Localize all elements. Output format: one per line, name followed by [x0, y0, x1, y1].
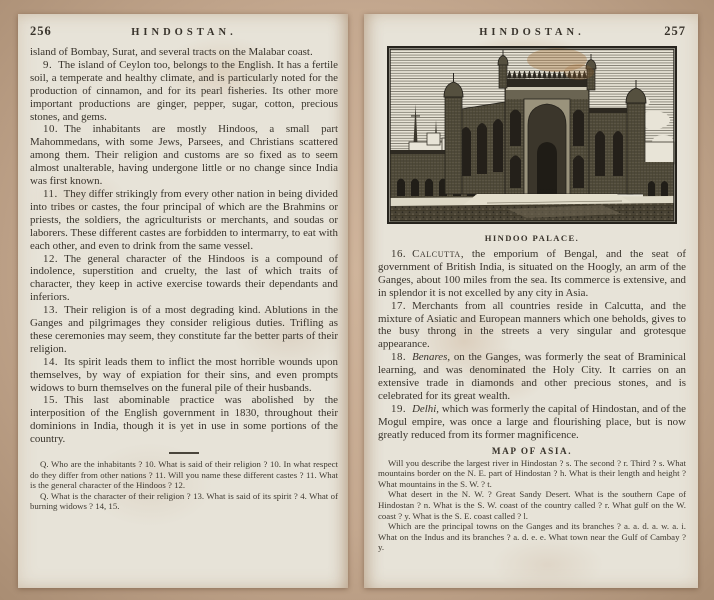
page-number-right: 257: [664, 24, 686, 39]
page-left: 256 HINDOSTAN. island of Bombay, Surat, …: [18, 14, 348, 588]
paragraph: island of Bombay, Surat, and several tra…: [30, 46, 338, 59]
paragraph-number: 15.: [43, 394, 64, 406]
paragraph-number: 14.: [43, 356, 64, 368]
paragraph-lead: Benares: [412, 351, 447, 363]
paragraph-lead: Delhi: [412, 403, 436, 415]
paragraph-number: 11.: [43, 188, 64, 200]
paragraph: 11. They differ strikingly from every ot…: [30, 188, 338, 253]
paragraph: 19. Delhi, which was formerly the capita…: [378, 403, 686, 442]
paragraph-number: 12.: [43, 253, 64, 265]
right-page-questions: Will you describe the largest river in H…: [378, 458, 686, 553]
paragraph: 9. The island of Ceylon too, belongs to …: [30, 59, 338, 124]
running-head-left: HINDOSTAN.: [131, 27, 236, 38]
left-page-text: island of Bombay, Surat, and several tra…: [30, 46, 338, 446]
paragraph: 16. Calcutta, the emporium of Bengal, an…: [378, 248, 686, 300]
left-page-questions: Q. Who are the inhabitants ? 10. What is…: [30, 459, 338, 512]
paragraph: 12. The general character of the Hindoos…: [30, 253, 338, 305]
book-spread: 256 HINDOSTAN. island of Bombay, Surat, …: [0, 0, 714, 600]
right-page-text: 16. Calcutta, the emporium of Bengal, an…: [378, 248, 686, 442]
engraving-svg: [387, 46, 677, 224]
paragraph: 17. Merchants from all countries reside …: [378, 300, 686, 352]
paragraph: 15. This last abominable practice was ab…: [30, 394, 338, 446]
page-number-left: 256: [30, 24, 52, 39]
question-line: Q. What is the character of their religi…: [30, 491, 338, 512]
section-divider-rule: [169, 452, 199, 454]
question-line: Q. Who are the inhabitants ? 10. What is…: [30, 459, 338, 491]
running-head-right: HINDOSTAN.: [479, 27, 584, 38]
hindoo-palace-engraving: HINDOO PALACE.: [387, 46, 677, 243]
paragraph: 14. Its spirit leads them to inflict the…: [30, 356, 338, 395]
page-header-right: HINDOSTAN. 257: [378, 24, 686, 39]
paragraph-number: 17.: [391, 300, 412, 312]
paragraph-number: 10.: [43, 123, 64, 135]
paragraph-number: 13.: [43, 304, 64, 316]
question-line: Will you describe the largest river in H…: [378, 458, 686, 490]
paragraph: 18. Benares, on the Ganges, was formerly…: [378, 351, 686, 403]
engraving-caption: HINDOO PALACE.: [387, 233, 677, 243]
paragraph-number: 9.: [43, 59, 58, 71]
question-line: What desert in the N. W. ? Great Sandy D…: [378, 489, 686, 521]
page-right: HINDOSTAN. 257: [364, 14, 698, 588]
page-header-left: 256 HINDOSTAN.: [30, 24, 338, 39]
paragraph-number: 19.: [391, 403, 412, 415]
paragraph-number: 18.: [391, 351, 412, 363]
paragraph: 10. The inhabitants are mostly Hindoos, …: [30, 123, 338, 188]
paragraph-lead: Calcutta: [412, 248, 461, 260]
paragraph: 13. Their religion is of a most degradin…: [30, 304, 338, 356]
question-line: Which are the principal towns on the Gan…: [378, 521, 686, 553]
map-of-asia-heading: MAP OF ASIA.: [378, 446, 686, 456]
paragraph-number: 16.: [391, 248, 412, 260]
